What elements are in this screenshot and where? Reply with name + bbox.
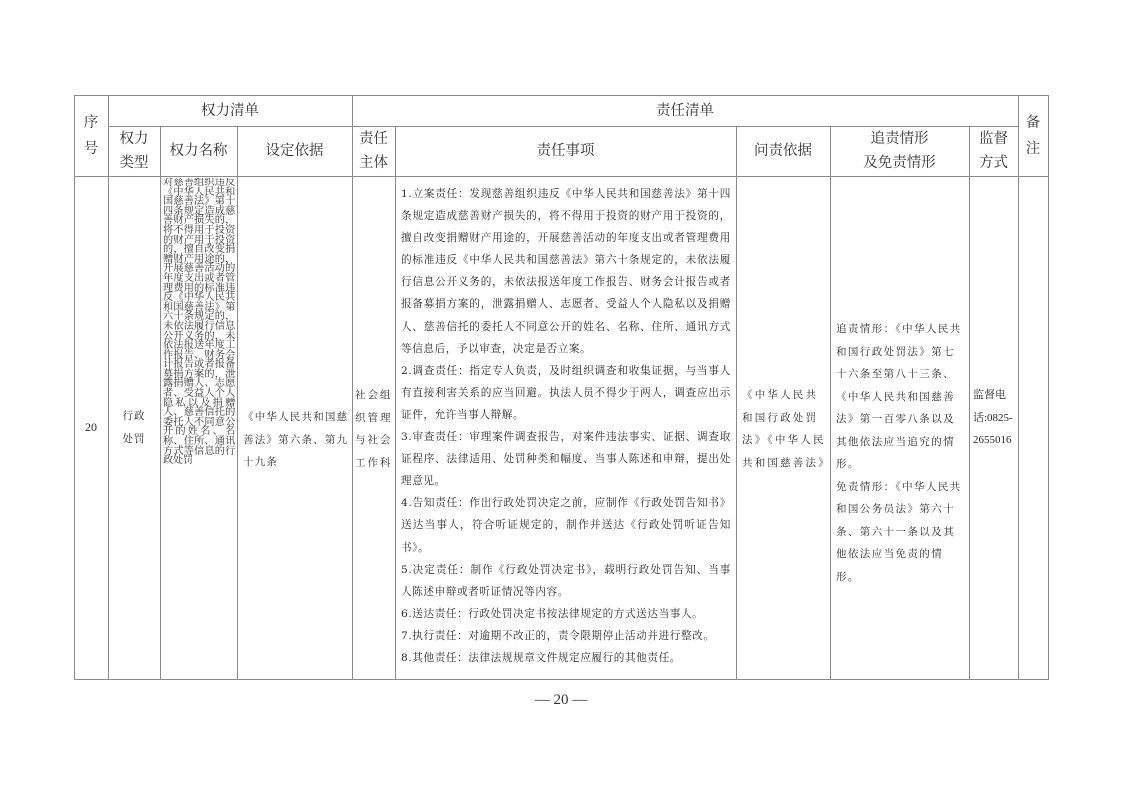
responsibility-item: 4.告知责任：作出行政处罚决定之前，应制作《行政处罚告知书》送达当事人，符合听证… [401, 492, 731, 558]
header-bottom-border [74, 176, 1049, 177]
responsibility-item: 8.其他责任：法律法规规章文件规定应履行的其他责任。 [401, 647, 731, 669]
header-exemption-label: 及免责情形 [863, 151, 936, 175]
header-legal-basis-label: 设定依据 [266, 139, 324, 163]
row-power-type-value: 行政处罚 [122, 405, 146, 451]
row-accountability-exemption: 追责情形：《中华人民共和国行政处罚法》第七十六条至第八十三条、《中华人民共和国慈… [836, 318, 966, 588]
col-divider-exemption [969, 126, 970, 680]
responsibility-item: 6.送达责任：行政处罚决定书按法律规定的方式送达当事人。 [401, 603, 731, 625]
header-responsible-body: 责任主体 [352, 126, 395, 176]
row-accountability-basis: 《中华人民共和国行政处罚法》《中华人民共和国慈善法》 [742, 384, 828, 474]
row-legal-basis: 《中华人民共和国慈善法》第六条、第九十九条 [243, 406, 349, 474]
page-number: — 20 — [0, 692, 1122, 709]
header-accountability-basis: 问责依据 [736, 126, 830, 176]
col-divider-type [160, 126, 161, 680]
row-supervision-method: 监督电话:0825-2655016 [973, 384, 1017, 452]
header-seq: 序号 [74, 95, 108, 176]
header-power-name-label: 权力名称 [170, 139, 228, 163]
header-remarks-label: 备注 [1025, 110, 1041, 162]
table-bottom-border [74, 679, 1049, 680]
header-responsibility-list-label: 责任清单 [656, 99, 714, 123]
responsibility-item: 5.决定责任：制作《行政处罚决定书》，载明行政处罚告知、当事人陈述申辩或者听证情… [401, 559, 731, 603]
exemption-situation: 免责情形：《中华人民共和国公务员法》第六十条、第六十一条以及其他依法应当免责的情… [836, 476, 966, 589]
header-supervision-method: 监督方式 [969, 126, 1018, 176]
header-responsibility-items-label: 责任事项 [537, 139, 595, 163]
header-supervision-method-label: 监督方式 [978, 127, 1010, 175]
accountability-situation: 追责情形：《中华人民共和国行政处罚法》第七十六条至第八十三条、《中华人民共和国慈… [836, 318, 966, 476]
header-responsibility-items: 责任事项 [395, 126, 736, 176]
row-responsible-body: 社会组织管理与社会工作科 [355, 384, 393, 474]
responsibility-item: 3.审查责任：审理案件调查报告，对案件违法事实、证据、调查取证程序、法律适用、处… [401, 426, 731, 492]
header-seq-label: 序号 [83, 110, 99, 162]
row-power-type: 行政处罚 [108, 176, 160, 679]
responsibility-item: 2.调查责任：指定专人负责，及时组织调查和收集证据，与当事人有直接利害关系的应当… [401, 360, 731, 426]
col-divider-items [736, 126, 737, 680]
row-remarks [1018, 176, 1048, 679]
header-remarks: 备注 [1018, 95, 1048, 176]
header-power-type-label: 权力类型 [118, 127, 150, 175]
row-seq: 20 [74, 176, 108, 679]
header-power-list-label: 权力清单 [201, 99, 259, 123]
header-responsible-body-label: 责任主体 [358, 127, 390, 175]
header-power-type: 权力类型 [108, 126, 160, 176]
header-accountability-label: 追责情形 [871, 127, 929, 151]
row-seq-value: 20 [85, 420, 97, 435]
header-power-name: 权力名称 [160, 126, 237, 176]
header-legal-basis: 设定依据 [237, 126, 352, 176]
header-responsibility-list: 责任清单 [352, 95, 1018, 126]
header-accountability-exemption: 追责情形 及免责情形 [830, 126, 969, 176]
table-right-border [1048, 95, 1049, 680]
col-divider-body [395, 126, 396, 680]
row-responsibility-items: 1.立案责任：发现慈善组织违反《中华人民共和国慈善法》第十四条规定造成慈善财产损… [401, 183, 731, 669]
header-power-list: 权力清单 [108, 95, 352, 126]
col-divider-power-list [352, 95, 353, 680]
col-divider-basis [830, 126, 831, 680]
col-divider-name [237, 126, 238, 680]
header-accountability-basis-label: 问责依据 [754, 139, 812, 163]
responsibility-item: 1.立案责任：发现慈善组织违反《中华人民共和国慈善法》第十四条规定造成慈善财产损… [401, 183, 731, 360]
responsibility-item: 7.执行责任：对逾期不改正的，责令限期停止活动并进行整改。 [401, 625, 731, 647]
row-power-name: 对慈善组织违反《中华人民共和国慈善法》第十四条规定造成慈善财产损失的，将不得用于… [163, 178, 235, 678]
